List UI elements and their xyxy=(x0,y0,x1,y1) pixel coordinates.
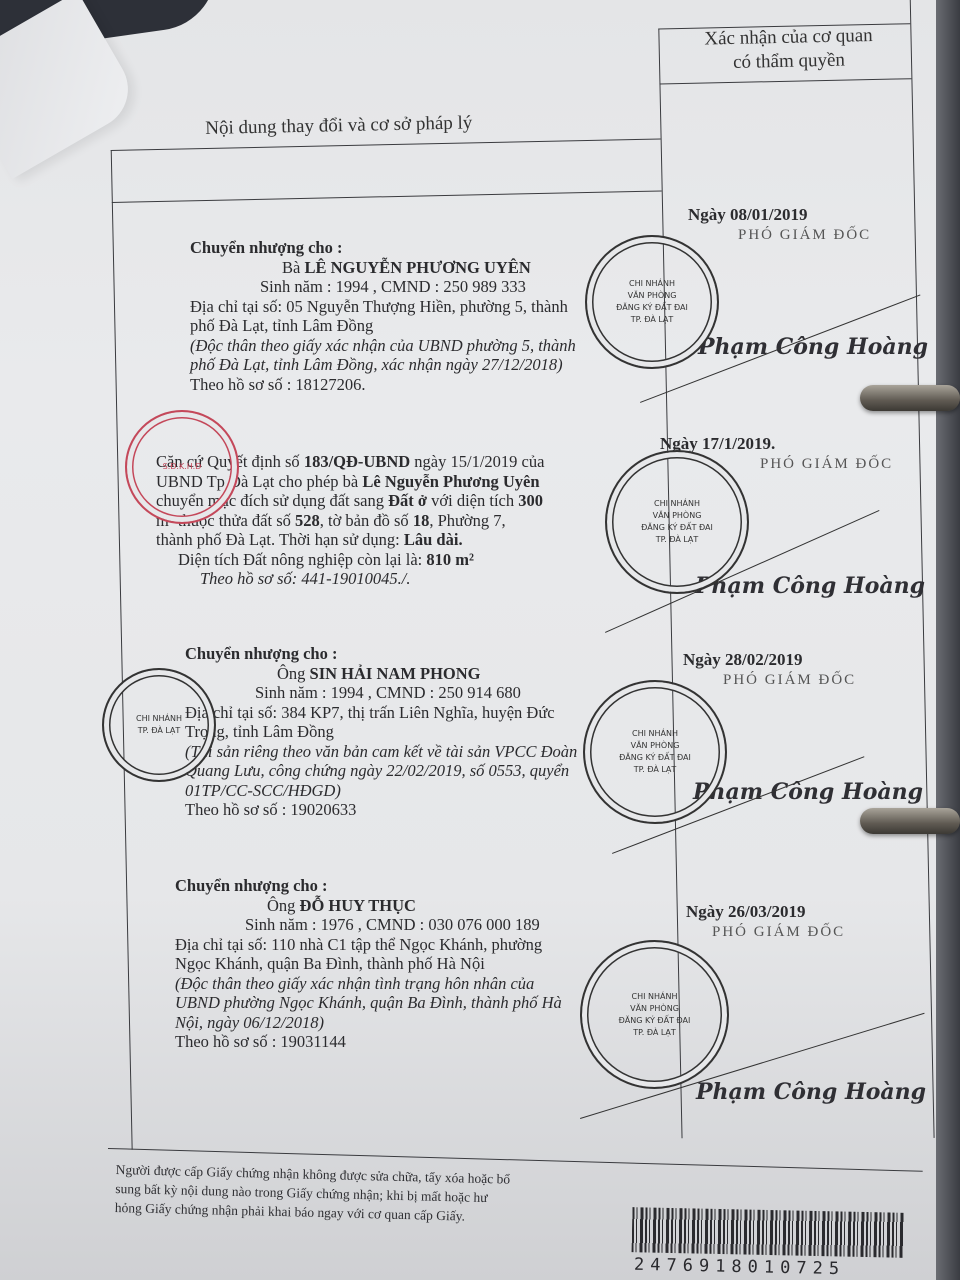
official-seal-stamp: CHI NHÁNH VĂN PHÒNG ĐĂNG KÝ ĐẤT ĐAI TP. … xyxy=(580,940,729,1089)
seal-text: CHI NHÁNH xyxy=(632,991,678,1003)
signer-name: Phạm Công Hoàng xyxy=(696,1079,926,1105)
note-line-2: Quang Lưu, công chứng ngày 22/02/2019, s… xyxy=(185,761,577,781)
signer-title: PHÓ GIÁM ĐỐC xyxy=(760,456,925,473)
confirmation-date: Ngày 17/1/2019. xyxy=(660,434,925,454)
address-line-2: phố Đà Lạt, tỉnh Lâm Đồng xyxy=(190,316,576,336)
title-prefix: Ông xyxy=(267,896,295,915)
usage-term: Lâu dài. xyxy=(404,530,463,549)
recipient-name-line: Bà LÊ NGUYỄN PHƯƠNG UYÊN xyxy=(190,258,576,278)
address-line-2: Trọng, tỉnh Lâm Đồng xyxy=(185,722,577,742)
file-number-line: Theo hồ sơ số : 18127206. xyxy=(190,375,576,395)
note-line-1: (Tài sản riêng theo văn bản cam kết về t… xyxy=(185,742,577,762)
red-stamp: S.Đ.K.H.Đ xyxy=(125,410,239,524)
seal-text: TP. ĐÀ LẠT xyxy=(656,534,698,546)
header-bottom-border-right xyxy=(659,78,911,84)
entry-transfer-1: Chuyển nhượng cho : Bà LÊ NGUYỄN PHƯƠNG … xyxy=(190,238,576,394)
address-line-2: Ngọc Khánh, quận Ba Đình, thành phố Hà N… xyxy=(175,954,562,974)
signer-name: Phạm Công Hoàng xyxy=(698,334,928,360)
entry-heading: Chuyển nhượng cho : xyxy=(175,876,562,896)
address-line-1: Địa chỉ tại số: 110 nhà C1 tập thể Ngọc … xyxy=(175,935,562,955)
seal-text: CHI NHÁNH xyxy=(654,498,700,510)
text: ngày 15/1/2019 của xyxy=(410,452,544,471)
binder-ring xyxy=(860,808,960,834)
remaining-area: 810 m² xyxy=(426,550,474,569)
official-seal-stamp: CHI NHÁNH VĂN PHÒNG ĐĂNG KÝ ĐẤT ĐAI TP. … xyxy=(605,450,749,594)
parcel-number: 528 xyxy=(295,511,320,530)
seal-text: VĂN PHÒNG xyxy=(653,510,702,522)
entry-transfer-2: Chuyển nhượng cho : Ông SIN HẢI NAM PHON… xyxy=(185,644,577,820)
seal-text: TP. ĐÀ LẠT xyxy=(138,725,180,737)
land-type: Đất ở xyxy=(388,491,427,510)
red-stamp-text: S.Đ.K.H.Đ xyxy=(163,461,202,473)
confirmation-date: Ngày 28/02/2019 xyxy=(683,650,923,670)
header-authority-confirmation: Xác nhận của cơ quan có thẩm quyền xyxy=(668,23,909,76)
note-line-3: Nội, ngày 06/12/2018) xyxy=(175,1013,562,1033)
decision-number: 183/QĐ-UBND xyxy=(304,452,410,471)
seal-text: CHI NHÁNH xyxy=(136,713,182,725)
note-line-1: (Độc thân theo giấy xác nhận của UBND ph… xyxy=(190,336,576,356)
file-number-line: Theo hồ sơ số : 19031144 xyxy=(175,1032,562,1052)
document-page: Nội dung thay đổi và cơ sở pháp lý Xác n… xyxy=(0,0,960,1280)
entry-transfer-3: Chuyển nhượng cho : Ông ĐỖ HUY THỤC Sinh… xyxy=(175,876,562,1052)
partial-seal-stamp: CHI NHÁNH TP. ĐÀ LẠT xyxy=(102,668,216,782)
title-prefix: Ông xyxy=(277,664,305,683)
recipient-name-line: Ông SIN HẢI NAM PHONG xyxy=(185,664,577,684)
seal-text: TP. ĐÀ LẠT xyxy=(634,764,676,776)
note-line-2: phố Đà Lạt, tỉnh Lâm Đồng, xác nhận ngày… xyxy=(190,355,576,375)
seal-text: ĐĂNG KÝ ĐẤT ĐAI xyxy=(619,1015,691,1027)
entry-heading: Chuyển nhượng cho : xyxy=(185,644,577,664)
map-sheet-number: 18 xyxy=(413,511,430,530)
text: với diện tích xyxy=(427,491,518,510)
binder-spine xyxy=(936,0,960,1280)
binder-ring xyxy=(860,385,960,411)
address-line-1: Địa chỉ tại số: 05 Nguyễn Thượng Hiền, p… xyxy=(190,297,576,317)
footer-notice: Người được cấp Giấy chứng nhận không đượ… xyxy=(115,1160,596,1229)
file-number-line: Theo hồ sơ số : 19020633 xyxy=(185,800,577,820)
seal-text: ĐĂNG KÝ ĐẤT ĐAI xyxy=(641,522,713,534)
confirmation-date: Ngày 08/01/2019 xyxy=(688,205,928,225)
seal-text: VĂN PHÒNG xyxy=(628,290,677,302)
text: Diện tích Đất nông nghiệp còn lại là: xyxy=(178,550,426,569)
official-seal-stamp: CHI NHÁNH VĂN PHÒNG ĐĂNG KÝ ĐẤT ĐAI TP. … xyxy=(583,680,727,824)
address-line-1: Địa chỉ tại số: 384 KP7, thị trấn Liên N… xyxy=(185,703,577,723)
official-seal-stamp: CHI NHÁNH VĂN PHÒNG ĐĂNG KÝ ĐẤT ĐAI TP. … xyxy=(585,235,719,369)
barcode-number: 2476918010725 xyxy=(634,1255,845,1279)
header-content-basis: Nội dung thay đổi và cơ sở pháp lý xyxy=(205,112,472,140)
text: , tờ bản đồ số xyxy=(320,511,413,530)
signer-title: PHÓ GIÁM ĐỐC xyxy=(738,227,928,244)
birth-id-line: Sinh năm : 1976 , CMND : 030 076 000 189 xyxy=(175,915,562,935)
birth-id-line: Sinh năm : 1994 , CMND : 250 989 333 xyxy=(190,277,576,297)
barcode xyxy=(632,1207,905,1258)
text: , Phường 7, xyxy=(429,511,505,530)
header-right-line2: có thẩm quyền xyxy=(669,47,909,76)
seal-text: TP. ĐÀ LẠT xyxy=(631,314,673,326)
entry-heading: Chuyển nhượng cho : xyxy=(190,238,576,258)
header-right-line1: Xác nhận của cơ quan xyxy=(668,23,908,52)
signer-name: Phạm Công Hoàng xyxy=(693,779,923,805)
seal-text: TP. ĐÀ LẠT xyxy=(633,1027,675,1039)
confirmation-date: Ngày 26/03/2019 xyxy=(686,902,926,922)
text: thành phố Đà Lạt. Thời hạn sử dụng: xyxy=(156,530,404,549)
file-number-line: Theo hồ sơ số: 441-19010045./. xyxy=(156,569,544,589)
seal-text: ĐĂNG KÝ ĐẤT ĐAI xyxy=(616,302,688,314)
seal-text: VĂN PHÒNG xyxy=(630,1003,679,1015)
recipient-name: LÊ NGUYỄN PHƯƠNG UYÊN xyxy=(304,258,530,277)
owner-name: Lê Nguyễn Phương Uyên xyxy=(362,472,539,491)
seal-text: CHI NHÁNH xyxy=(629,278,675,290)
area-value: 300 xyxy=(518,491,543,510)
signer-title: PHÓ GIÁM ĐỐC xyxy=(712,924,926,941)
recipient-name-line: Ông ĐỖ HUY THỤC xyxy=(175,896,562,916)
recipient-name: SIN HẢI NAM PHONG xyxy=(310,664,481,683)
remaining-area-line: Diện tích Đất nông nghiệp còn lại là: 81… xyxy=(156,550,544,570)
note-line-2: UBND phường Ngọc Khánh, quận Ba Đình, th… xyxy=(175,993,562,1013)
note-line-1: (Độc thân theo giấy xác nhận tình trạng … xyxy=(175,974,562,994)
birth-id-line: Sinh năm : 1994 , CMND : 250 914 680 xyxy=(185,683,577,703)
signer-title: PHÓ GIÁM ĐỐC xyxy=(723,672,923,689)
decision-line-5: thành phố Đà Lạt. Thời hạn sử dụng: Lâu … xyxy=(156,530,544,550)
seal-text: ĐĂNG KÝ ĐẤT ĐAI xyxy=(619,752,691,764)
note-line-3: 01TP/CC-SCC/HĐGD) xyxy=(185,781,577,801)
title-prefix: Bà xyxy=(282,258,300,277)
seal-text: CHI NHÁNH xyxy=(632,728,678,740)
recipient-name: ĐỖ HUY THỤC xyxy=(300,896,416,915)
seal-text: VĂN PHÒNG xyxy=(631,740,680,752)
